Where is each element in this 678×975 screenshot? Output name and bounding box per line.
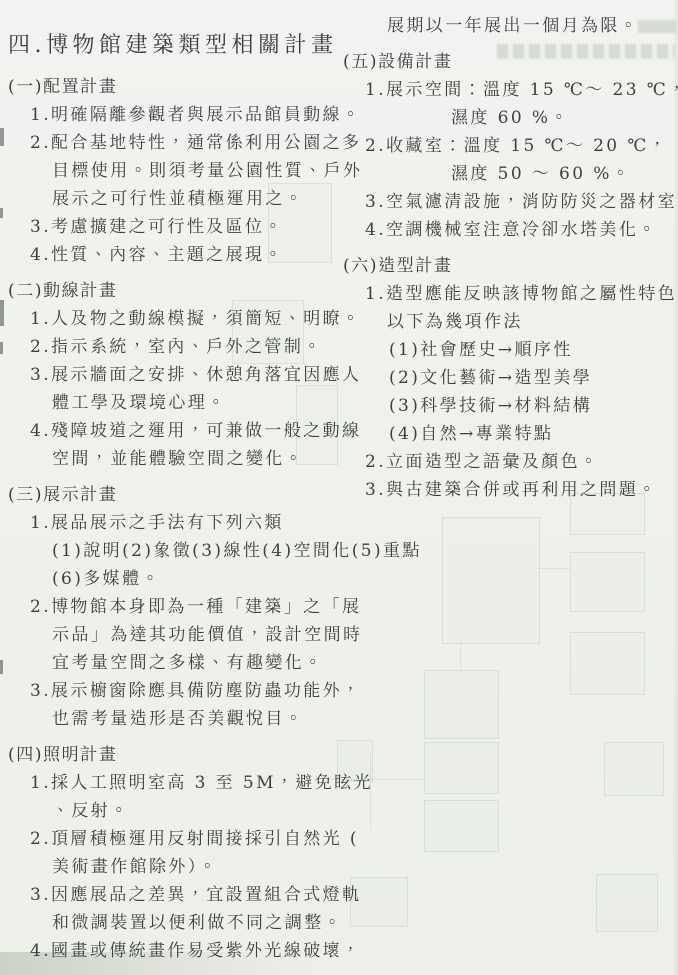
text-line: 1.造型應能反映該博物館之屬性特色， — [343, 280, 677, 308]
text-line: 目標使用。則須考量公園性質、戶外 — [8, 157, 342, 185]
bleedthrough-box — [596, 874, 658, 932]
text-line: 3.與古建築合併或再利用之問題。 — [343, 476, 677, 504]
text-line: 1.展示空間：溫度 15 ℃～ 23 ℃， — [343, 76, 677, 104]
bleedthrough-box — [424, 800, 499, 852]
text-line: 3.考慮擴建之可行性及區位。 — [8, 213, 342, 241]
scan-edge-mark — [0, 300, 4, 326]
text-line: (五)設備計畫 — [343, 48, 677, 76]
bleedthrough-connector-line — [460, 642, 461, 670]
text-line: (1)說明(2)象徵(3)線性(4)空間化(5)重點 — [8, 537, 342, 565]
text-line: (3)科學技術→材料結構 — [343, 392, 677, 420]
text-line: (六)造型計畫 — [343, 252, 677, 280]
left-column-lines: (一)配置計畫1.明確隔離參觀者與展示品館員動線。2.配合基地特性，通常係利用公… — [8, 73, 342, 965]
text-line: 1.明確隔離參觀者與展示品館員動線。 — [8, 101, 342, 129]
text-line: (6)多媒體。 — [8, 565, 342, 593]
scanned-document-page: 四.博物館建築類型相關計畫 (一)配置計畫1.明確隔離參觀者與展示品館員動線。2… — [0, 0, 678, 975]
left-text-column: 四.博物館建築類型相關計畫 (一)配置計畫1.明確隔離參觀者與展示品館員動線。2… — [8, 30, 342, 965]
bleedthrough-box — [570, 552, 645, 612]
bleedthrough-box — [424, 670, 499, 739]
text-line: 4.性質、內容、主題之展現。 — [8, 241, 342, 269]
text-line: 2.立面造型之語彙及顏色。 — [343, 448, 677, 476]
text-line: 展示之可行性並積極運用之。 — [8, 185, 342, 213]
text-line: (1)社會歷史→順序性 — [343, 336, 677, 364]
scan-edge-mark — [0, 128, 4, 146]
bleedthrough-box — [424, 742, 499, 794]
right-column-lines: 展期以一年展出一個月為限。(五)設備計畫1.展示空間：溫度 15 ℃～ 23 ℃… — [343, 12, 677, 504]
text-line: 空間，並能體驗空間之變化。 — [8, 445, 342, 473]
text-line: 1.人及物之動線模擬，須簡短、明瞭。 — [8, 305, 342, 333]
text-line: 2.指示系統，室內、戶外之管制。 — [8, 333, 342, 361]
text-line: 宜考量空間之多樣、有趣變化。 — [8, 649, 342, 677]
text-line: 4.國畫或傳統畫作易受紫外光線破壞， — [8, 937, 342, 965]
scan-edge-mark — [0, 660, 3, 674]
text-line: 3.展示牆面之安排、休憩角落宜因應人 — [8, 361, 342, 389]
text-line: 2.頂層積極運用反射間接採引自然光 ( — [8, 825, 342, 853]
bleedthrough-box — [570, 632, 645, 695]
text-line: 和微調裝置以便利做不同之調整。 — [8, 909, 342, 937]
text-line: 3.因應展品之差異，宜設置組合式燈軌 — [8, 881, 342, 909]
text-line: (2)文化藝術→造型美學 — [343, 364, 677, 392]
text-line: 、反射。 — [8, 797, 342, 825]
text-line: 以下為幾項作法 — [343, 308, 677, 336]
text-line: 體工學及環境心理。 — [8, 389, 342, 417]
scan-edge-mark — [0, 208, 3, 218]
text-line: 3.展示櫥窗除應具備防塵防蟲功能外， — [8, 677, 342, 705]
right-text-column: 展期以一年展出一個月為限。(五)設備計畫1.展示空間：溫度 15 ℃～ 23 ℃… — [343, 12, 677, 504]
text-line: 4.殘障坡道之運用，可兼做一般之動線 — [8, 417, 342, 445]
text-line: (一)配置計畫 — [8, 73, 342, 101]
text-line: 2.博物館本身即為一種「建築」之「展 — [8, 593, 342, 621]
text-line: 1.展品展示之手法有下列六類 — [8, 509, 342, 537]
text-line: (二)動線計畫 — [8, 277, 342, 305]
text-line: 4.空調機械室注意冷卻水塔美化。 — [343, 216, 677, 244]
text-line: 展期以一年展出一個月為限。 — [343, 12, 677, 40]
text-line: 1.採人工照明室高 3 至 5M，避免眩光 — [8, 769, 342, 797]
scan-edge-mark — [0, 342, 3, 354]
text-line: (三)展示計畫 — [8, 481, 342, 509]
bleedthrough-connector-line — [538, 568, 570, 569]
text-line: 濕度 60 %。 — [343, 104, 677, 132]
text-line: 濕度 50 ～ 60 %。 — [343, 160, 677, 188]
page-title: 四.博物館建築類型相關計畫 — [8, 30, 342, 62]
text-line: 也需考量造形是否美觀悅目。 — [8, 705, 342, 733]
text-line: (4)自然→專業特點 — [343, 420, 677, 448]
bleedthrough-box — [442, 517, 540, 644]
text-line: 3.空氣濾清設施，消防防災之器材室。 — [343, 188, 677, 216]
text-line: 示品」為達其功能價值，設計空間時 — [8, 621, 342, 649]
text-line: 2.收藏室：溫度 15 ℃～ 20 ℃， — [343, 132, 677, 160]
text-line: (四)照明計畫 — [8, 741, 342, 769]
bleedthrough-box — [604, 742, 664, 796]
text-line: 2.配合基地特性，通常係利用公園之多 — [8, 129, 342, 157]
text-line: 美術畫作館除外）。 — [8, 853, 342, 881]
